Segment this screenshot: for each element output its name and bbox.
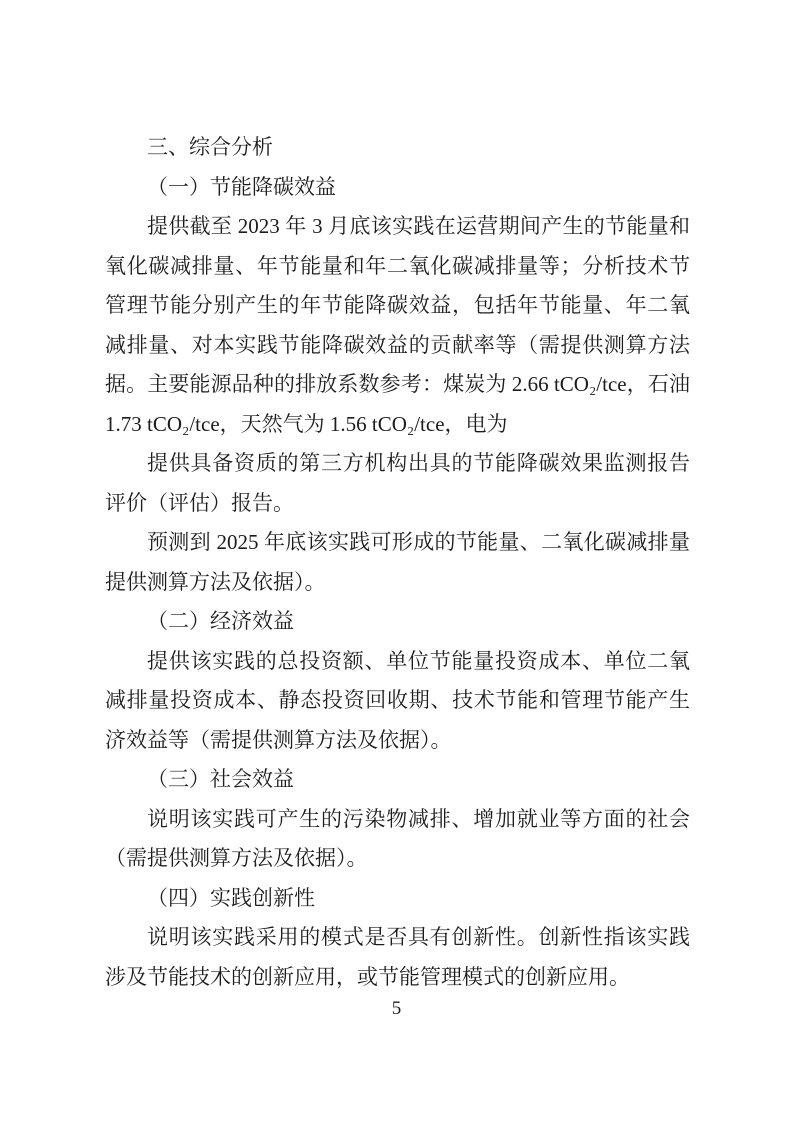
text-line: 提供截至 2023 年 3 月底该实践在运营期间产生的节能量和二 [105,207,690,247]
page-body: 三、综合分析 （一）节能降碳效益 提供截至 2023 年 3 月底该实践在运营期… [105,128,690,997]
text-line: 管理节能分别产生的年节能降碳效益，包括年节能量、年二氧化碳 [105,286,690,326]
section-heading-level1: 三、综合分析 [105,128,690,168]
text-line: 说明该实践可产生的污染物减排、增加就业等方面的社会效益 [105,800,690,840]
text-line: 预测到 2025 年底该实践可形成的节能量、二氧化碳减排量（需 [105,523,690,563]
text-line: 1.73 tCO₂/tce，天然气为 1.56 tCO₂/tce，电为 0.57… [105,405,690,445]
text-line: 减排量投资成本、静态投资回收期、技术节能和管理节能产生的经 [105,681,690,721]
text-line: 提供具备资质的第三方机构出具的节能降碳效果监测报告或 [105,444,690,484]
section-heading-level2: （四）实践创新性 [105,879,690,919]
document-page: 三、综合分析 （一）节能降碳效益 提供截至 2023 年 3 月底该实践在运营期… [0,0,793,1122]
text-line: 涉及节能技术的创新应用，或节能管理模式的创新应用。 [105,958,690,998]
text-line: 据。主要能源品种的排放系数参考：煤炭为 2.66 tCO₂/tce，石油为 [105,365,690,405]
text-line: 氧化碳减排量、年节能量和年二氧化碳减排量等；分析技术节能和 [105,247,690,287]
text-line: 评价（评估）报告。 [105,484,690,524]
section-heading-level2: （三）社会效益 [105,760,690,800]
text-line: 减排量、对本实践节能降碳效益的贡献率等（需提供测算方法及依 [105,326,690,366]
text-line: （需提供测算方法及依据）。 [105,839,690,879]
text-line: 提供该实践的总投资额、单位节能量投资成本、单位二氧化碳 [105,642,690,682]
section-heading-level2: （二）经济效益 [105,602,690,642]
page-number: 5 [0,994,793,1024]
text-line: 说明该实践采用的模式是否具有创新性。创新性指该实践是否 [105,918,690,958]
text-line: 提供测算方法及依据）。 [105,563,690,603]
text-line: 济效益等（需提供测算方法及依据）。 [105,721,690,761]
section-heading-level2: （一）节能降碳效益 [105,168,690,208]
